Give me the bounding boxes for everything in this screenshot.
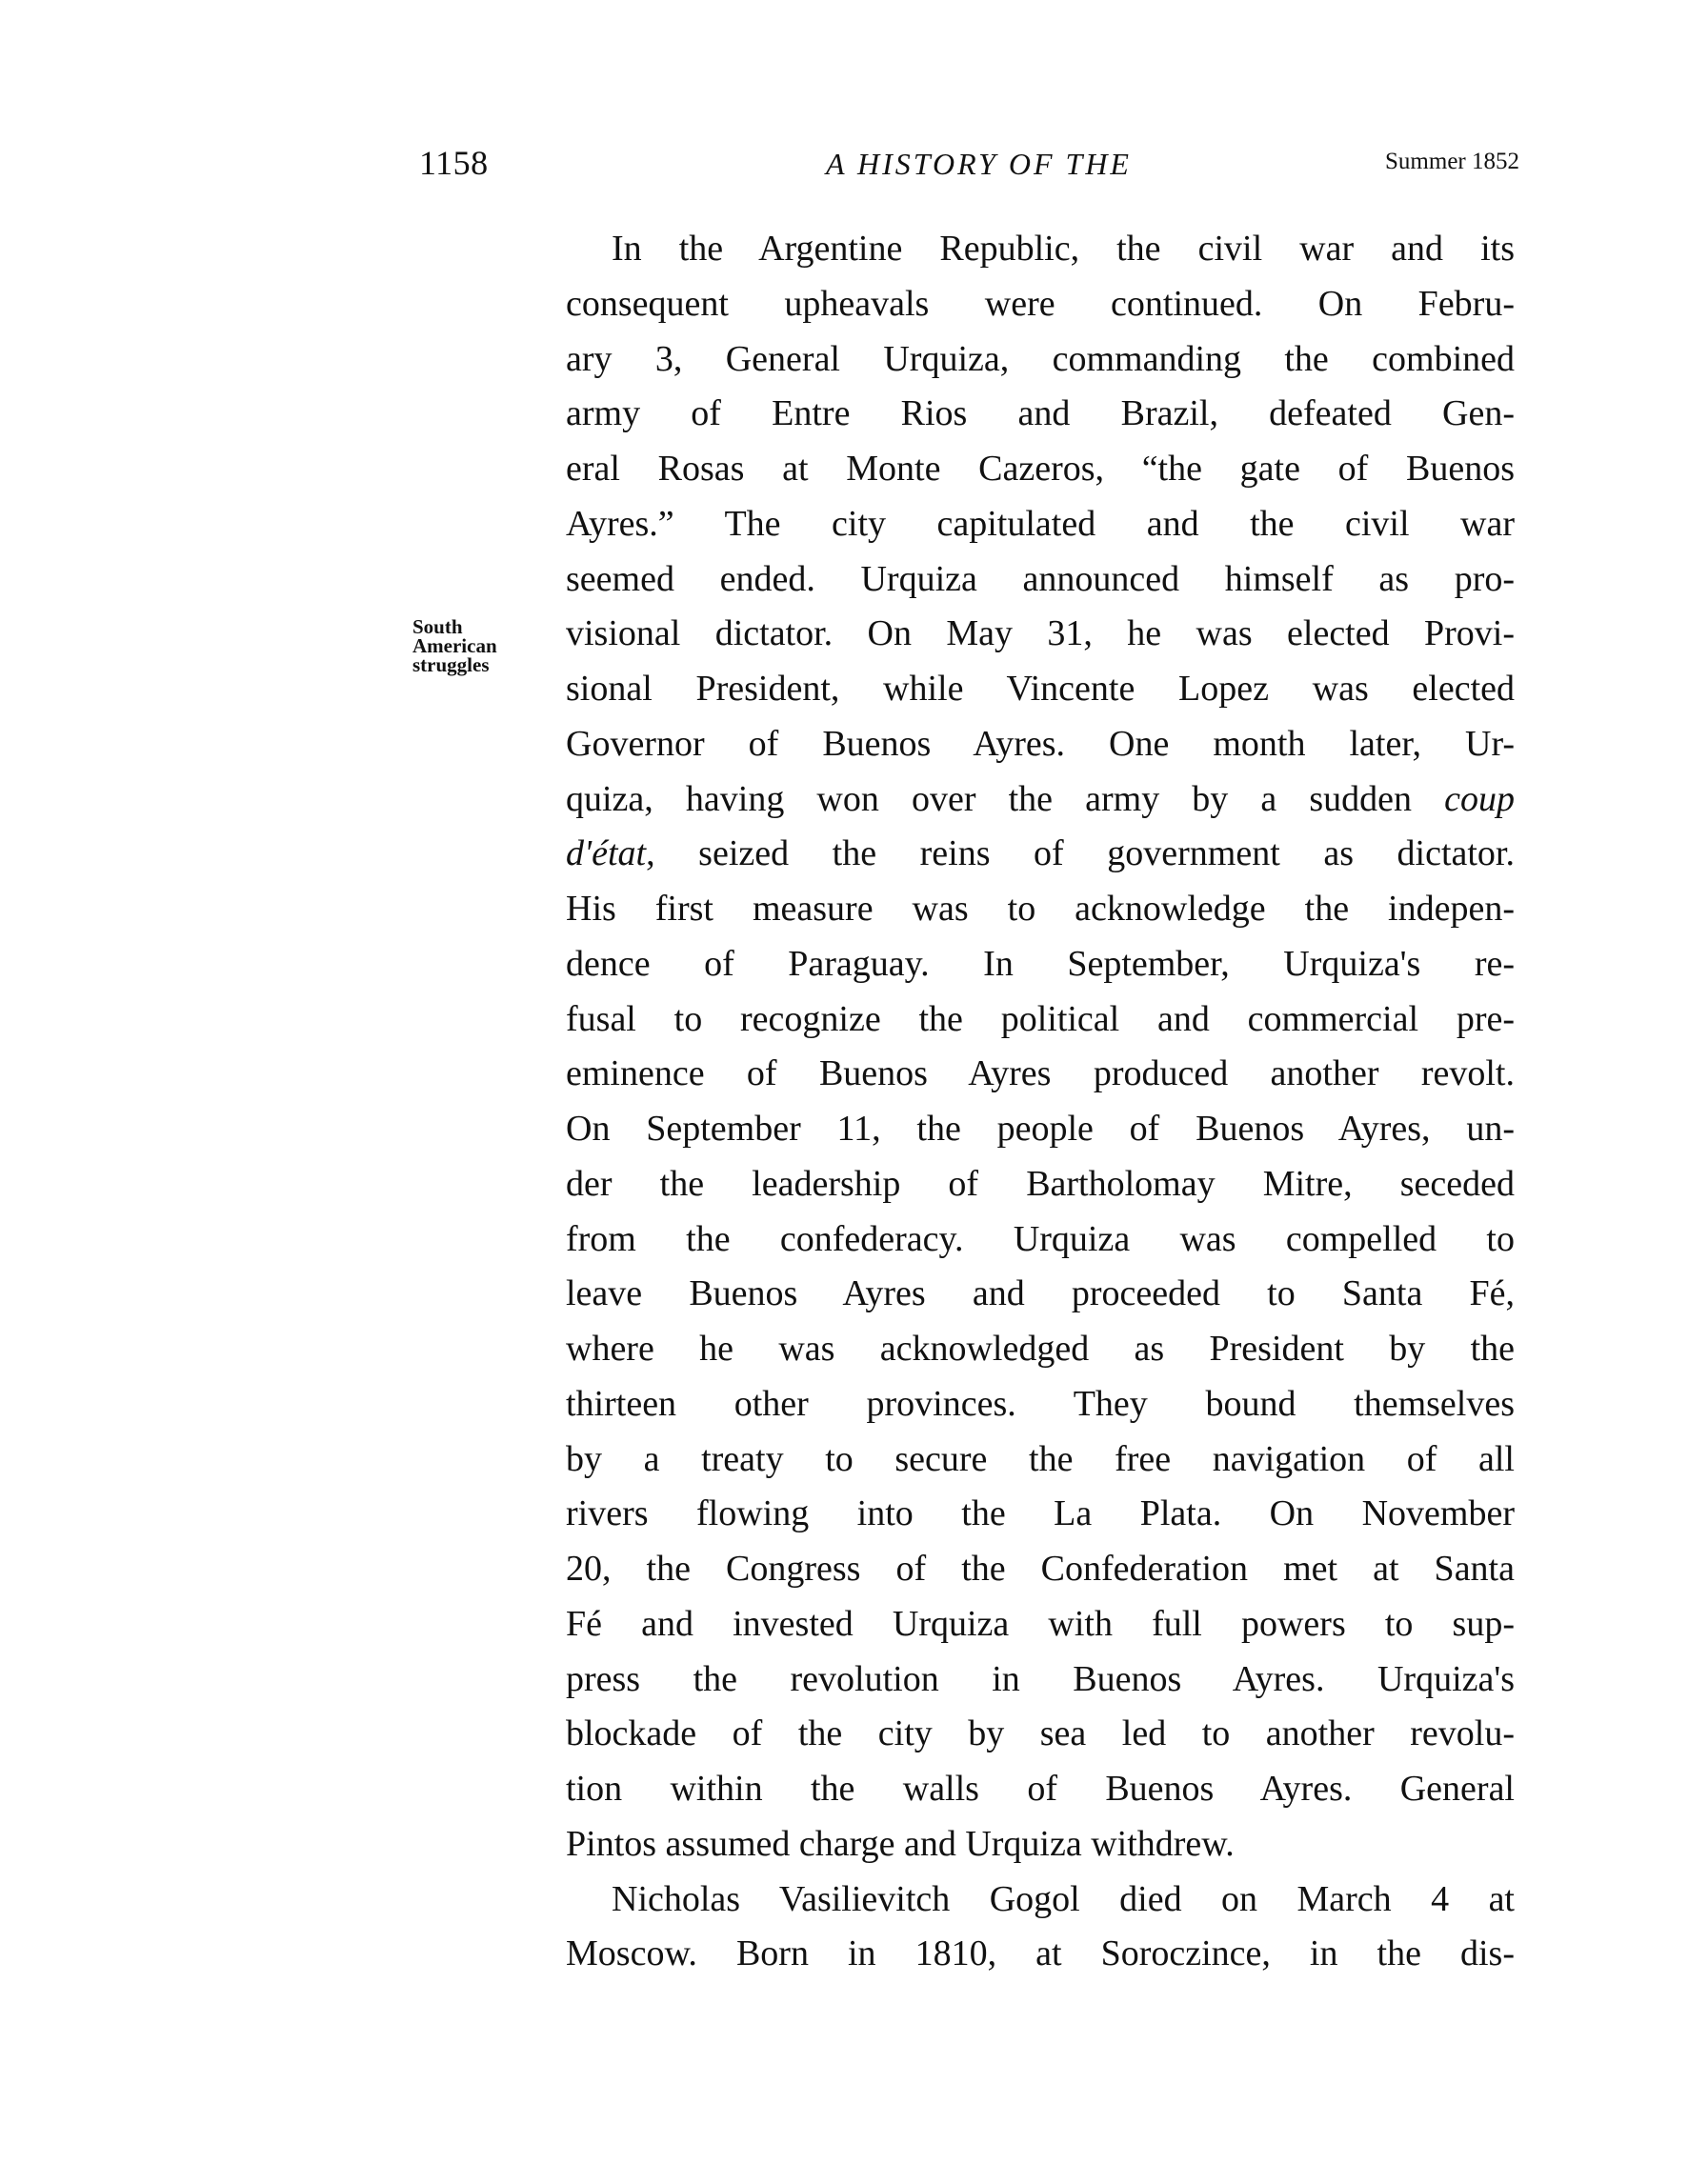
text-line: dence of Paraguay. In September, Urquiza…: [566, 937, 1515, 992]
text-line: seemed ended. Urquiza announced himself …: [566, 552, 1515, 608]
text-line: blockade of the city by sea led to anoth…: [566, 1707, 1515, 1762]
body-text: In the Argentine Republic, the civil war…: [566, 222, 1515, 1982]
margin-note-line: South: [412, 617, 497, 636]
text-line: eral Rosas at Monte Cazeros, “the gate o…: [566, 442, 1515, 497]
text-segment: , seized the reins of government as dict…: [646, 833, 1515, 873]
text-line: quiza, having won over the army by a sud…: [566, 772, 1515, 828]
text-line: by a treaty to secure the free navigatio…: [566, 1432, 1515, 1488]
text-line: Ayres.” The city capitulated and the civ…: [566, 497, 1515, 552]
paragraph-argentine: In the Argentine Republic, the civil war…: [566, 222, 1515, 1873]
italic-text: coup: [1444, 779, 1515, 819]
paragraph-gogol: Nicholas Vasilievitch Gogol died on Marc…: [566, 1873, 1515, 1983]
margin-note-line: struggles: [412, 655, 497, 674]
running-title: A HISTORY OF THE: [410, 147, 1519, 182]
text-line: Nicholas Vasilievitch Gogol died on Marc…: [566, 1873, 1515, 1928]
text-line: Fé and invested Urquiza with full powers…: [566, 1597, 1515, 1652]
page-header: 1158 A HISTORY OF THE Summer 1852: [410, 133, 1519, 190]
text-line: Governor of Buenos Ayres. One month late…: [566, 717, 1515, 772]
text-line: sional President, while Vincente Lopez w…: [566, 662, 1515, 717]
text-line: consequent upheavals were continued. On …: [566, 277, 1515, 332]
text-line: rivers flowing into the La Plata. On Nov…: [566, 1487, 1515, 1542]
text-line: leave Buenos Ayres and proceeded to Sant…: [566, 1267, 1515, 1322]
text-segment: quiza, having won over the army by a sud…: [566, 779, 1444, 819]
text-line: ary 3, General Urquiza, commanding the c…: [566, 332, 1515, 388]
date-label: Summer 1852: [1385, 149, 1519, 175]
italic-text: d'état: [566, 833, 646, 873]
text-line: der the leadership of Bartholomay Mitre,…: [566, 1157, 1515, 1212]
text-line: tion within the walls of Buenos Ayres. G…: [566, 1762, 1515, 1817]
text-line: His first measure was to acknowledge the…: [566, 882, 1515, 937]
text-line: thirteen other provinces. They bound the…: [566, 1377, 1515, 1432]
text-line: In the Argentine Republic, the civil war…: [566, 222, 1515, 277]
text-line: d'état, seized the reins of government a…: [566, 827, 1515, 882]
text-line: visional dictator. On May 31, he was ele…: [566, 607, 1515, 662]
text-line: Pintos assumed charge and Urquiza withdr…: [566, 1817, 1515, 1873]
text-line: where he was acknowledged as President b…: [566, 1322, 1515, 1377]
text-line: eminence of Buenos Ayres produced anothe…: [566, 1047, 1515, 1102]
text-line: On September 11, the people of Buenos Ay…: [566, 1102, 1515, 1157]
text-line: army of Entre Rios and Brazil, defeated …: [566, 387, 1515, 442]
text-line: fusal to recognize the political and com…: [566, 992, 1515, 1048]
text-line: from the confederacy. Urquiza was compel…: [566, 1212, 1515, 1268]
margin-note: South American struggles: [412, 617, 497, 674]
text-line: 20, the Congress of the Confederation me…: [566, 1542, 1515, 1597]
margin-note-line: American: [412, 636, 497, 655]
text-line: press the revolution in Buenos Ayres. Ur…: [566, 1652, 1515, 1708]
text-line: Moscow. Born in 1810, at Soroczince, in …: [566, 1927, 1515, 1982]
